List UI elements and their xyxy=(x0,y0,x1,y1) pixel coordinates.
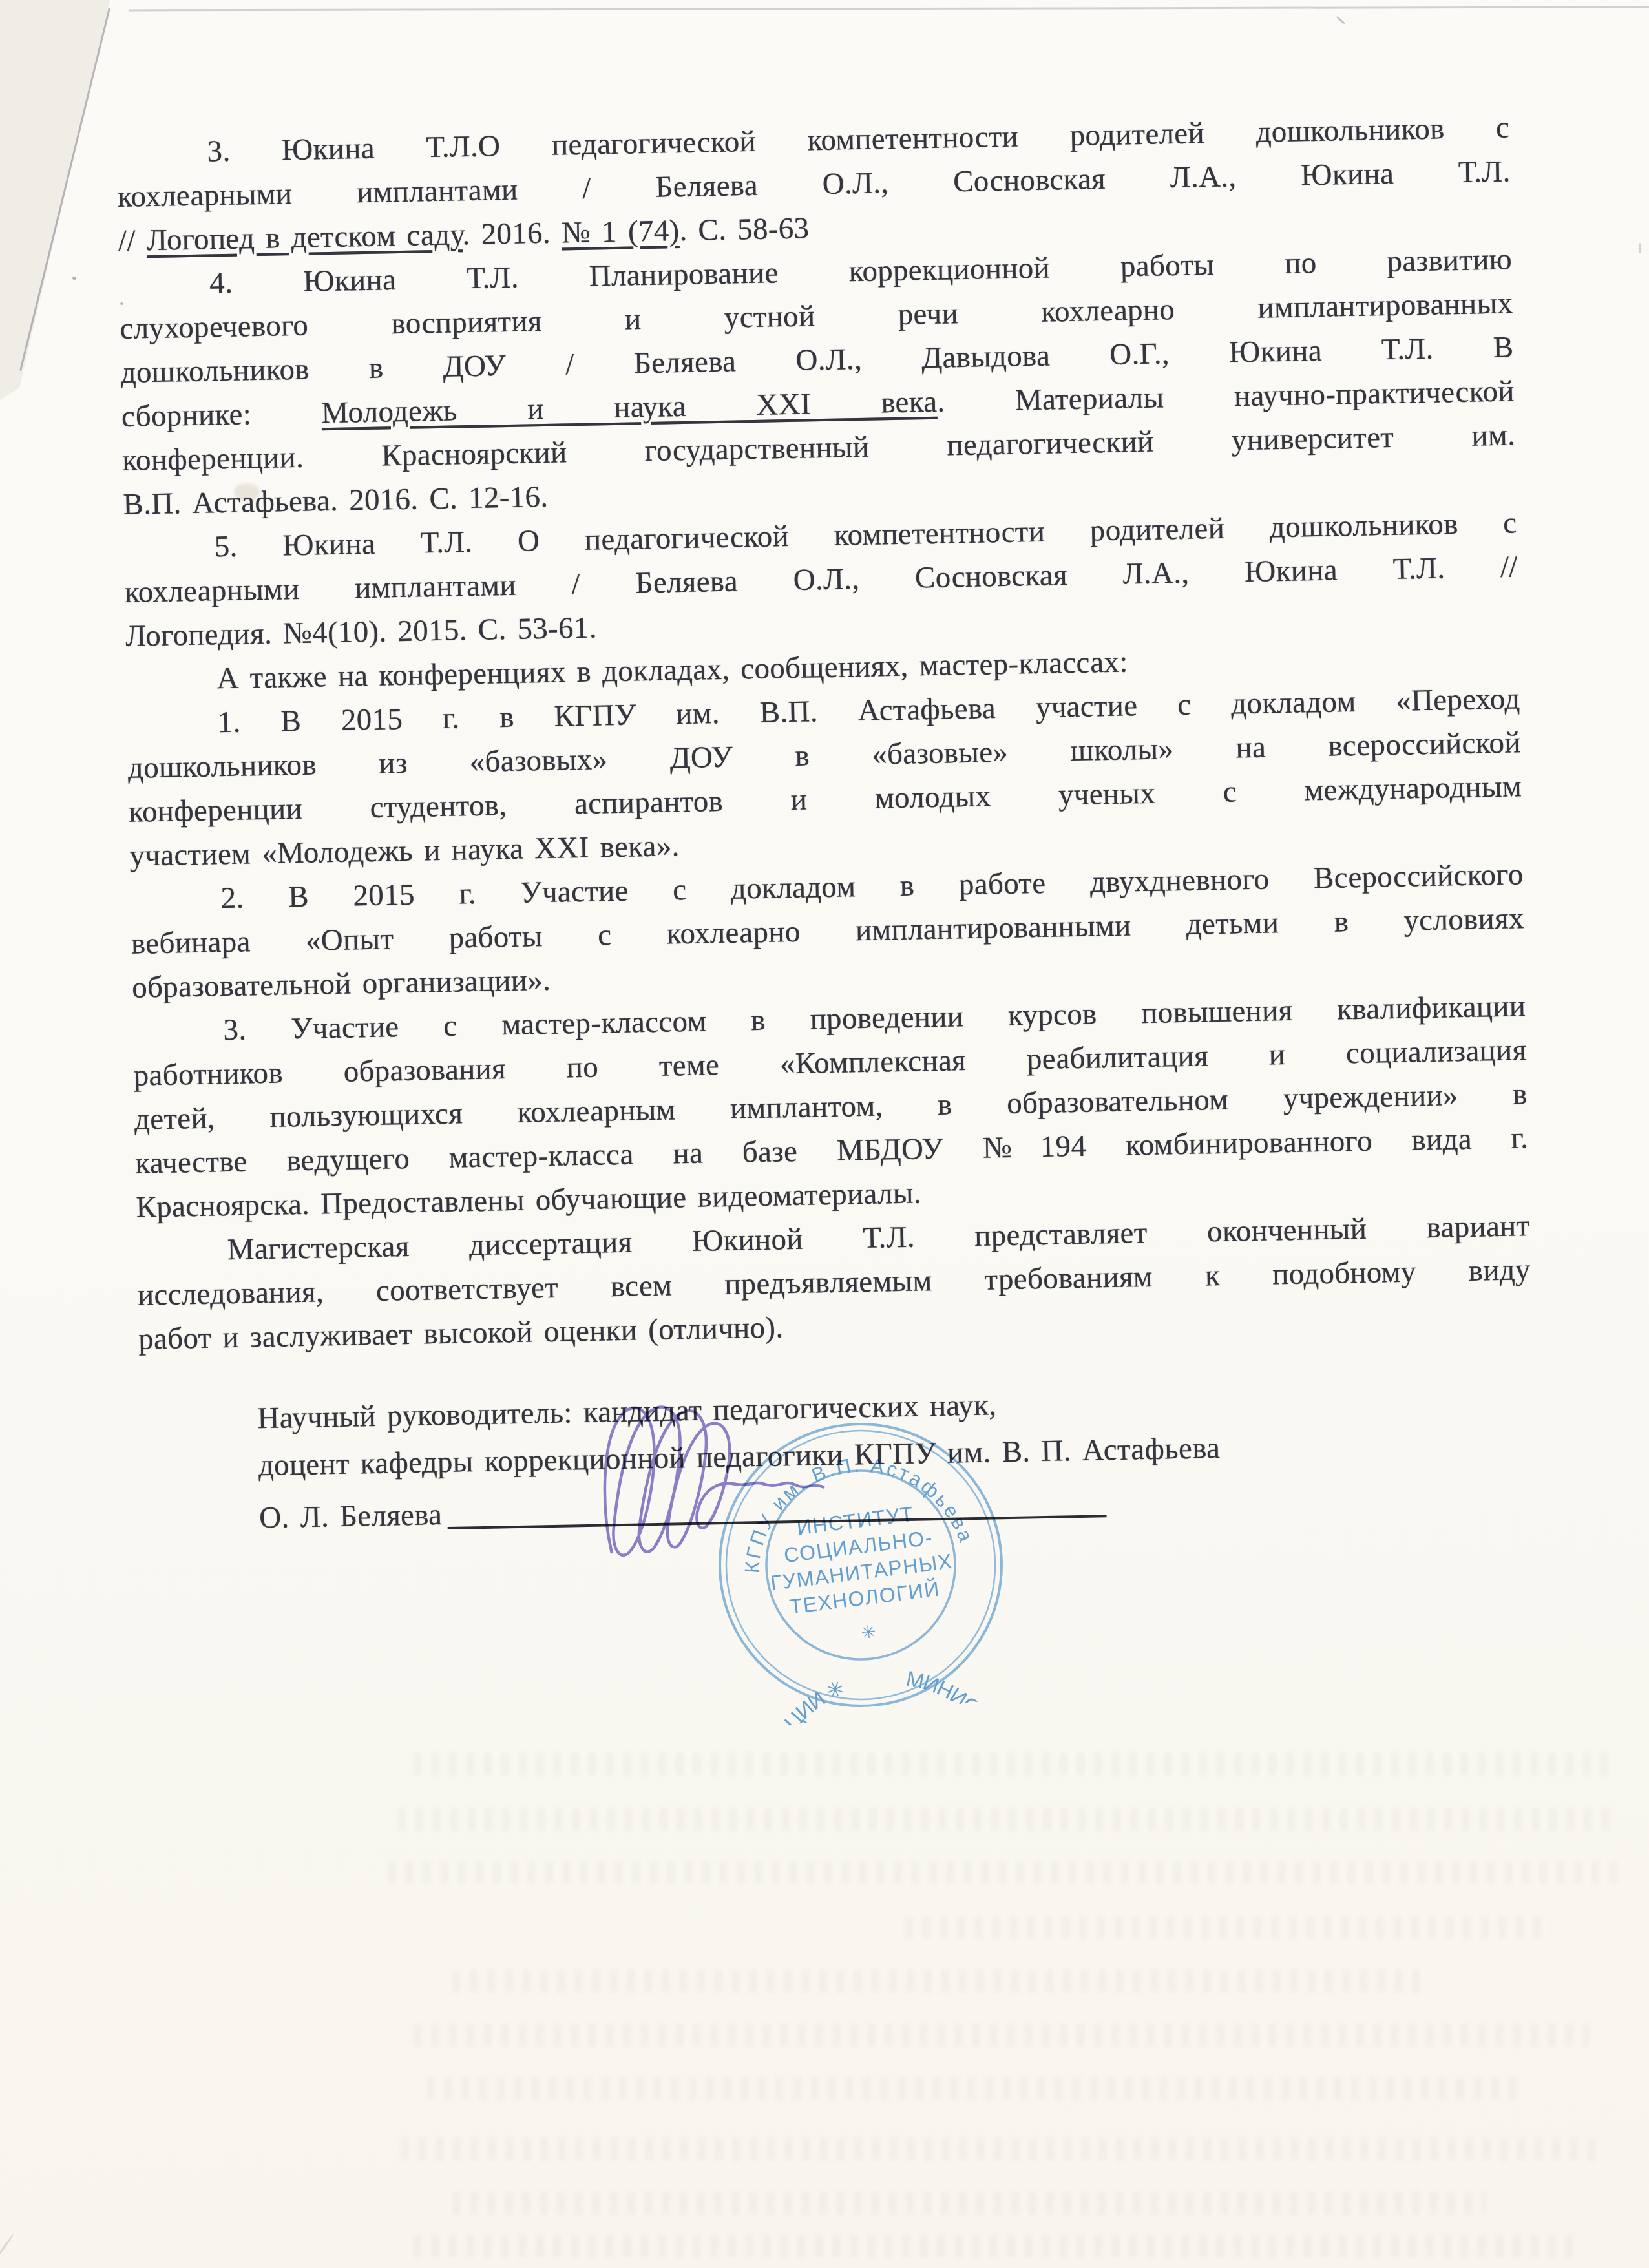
signature-stroke xyxy=(602,1405,826,1562)
signer-name: О. Л. Беляева xyxy=(259,1492,443,1540)
text-segment: . С. 58-63 xyxy=(679,211,810,247)
scan-speck xyxy=(1336,16,1346,25)
text-segment: работ и заслуживает высокой оценки (отли… xyxy=(138,1310,784,1356)
text-segment: . Материалы научно-практической xyxy=(937,374,1515,418)
text-segment: сборнике: xyxy=(121,396,322,434)
underlined-text-segment: Молодежь и наука XXI века xyxy=(321,385,938,430)
scan-speck xyxy=(1639,243,1641,253)
bleed-through-row xyxy=(414,1752,1609,1776)
handwritten-signature xyxy=(593,1382,858,1598)
stamp-outer-ring-text: МИНИСТЕРСТВО ОБРАЗОВАНИЯ И НАУКИ РОССИЙС… xyxy=(733,1653,1027,1732)
scan-top-edge-line xyxy=(129,6,1649,12)
text-segment: образовательной организации». xyxy=(132,963,551,1005)
bleed-through-row xyxy=(452,2192,1486,2215)
text-segment: В.П. Астафьева. 2016. С. 12-16. xyxy=(123,480,549,521)
scan-speck xyxy=(0,2234,14,2267)
bleed-through-row xyxy=(452,1969,1422,1993)
scan-speck xyxy=(72,277,76,280)
body-paragraph-lines: 3. Юкина Т.Л.О педагогической компетентн… xyxy=(116,106,1532,1361)
bleed-through-row xyxy=(414,2234,1577,2258)
text-segment: // xyxy=(118,224,147,258)
bleed-through-row xyxy=(397,1808,1615,1831)
text-segment: участием «Молодежь и наука XXI века». xyxy=(129,829,680,873)
text-segment: Красноярска. Предоставлены обучающие вид… xyxy=(136,1176,921,1224)
stamp-star-icon: ✳ xyxy=(860,1622,878,1643)
scanned-document-page: 3. Юкина Т.Л.О педагогической компетентн… xyxy=(0,0,1649,2268)
text-segment: . 2016. xyxy=(462,216,562,251)
text-segment: Логопедия. №4(10). 2015. С. 53-61. xyxy=(125,611,597,653)
bleed-through-row xyxy=(401,2137,1596,2161)
bleed-through-row xyxy=(426,2077,1525,2100)
bleed-through-row xyxy=(388,1861,1619,1884)
underlined-text-segment: № 1 (74) xyxy=(561,214,679,249)
bleed-through-row xyxy=(414,2024,1590,2047)
bleed-through-row xyxy=(905,1916,1551,1939)
underlined-text-segment: Логопед в детском саду xyxy=(146,218,463,257)
document-text-block: 3. Юкина Т.Л.О педагогической компетентн… xyxy=(116,106,1535,1542)
